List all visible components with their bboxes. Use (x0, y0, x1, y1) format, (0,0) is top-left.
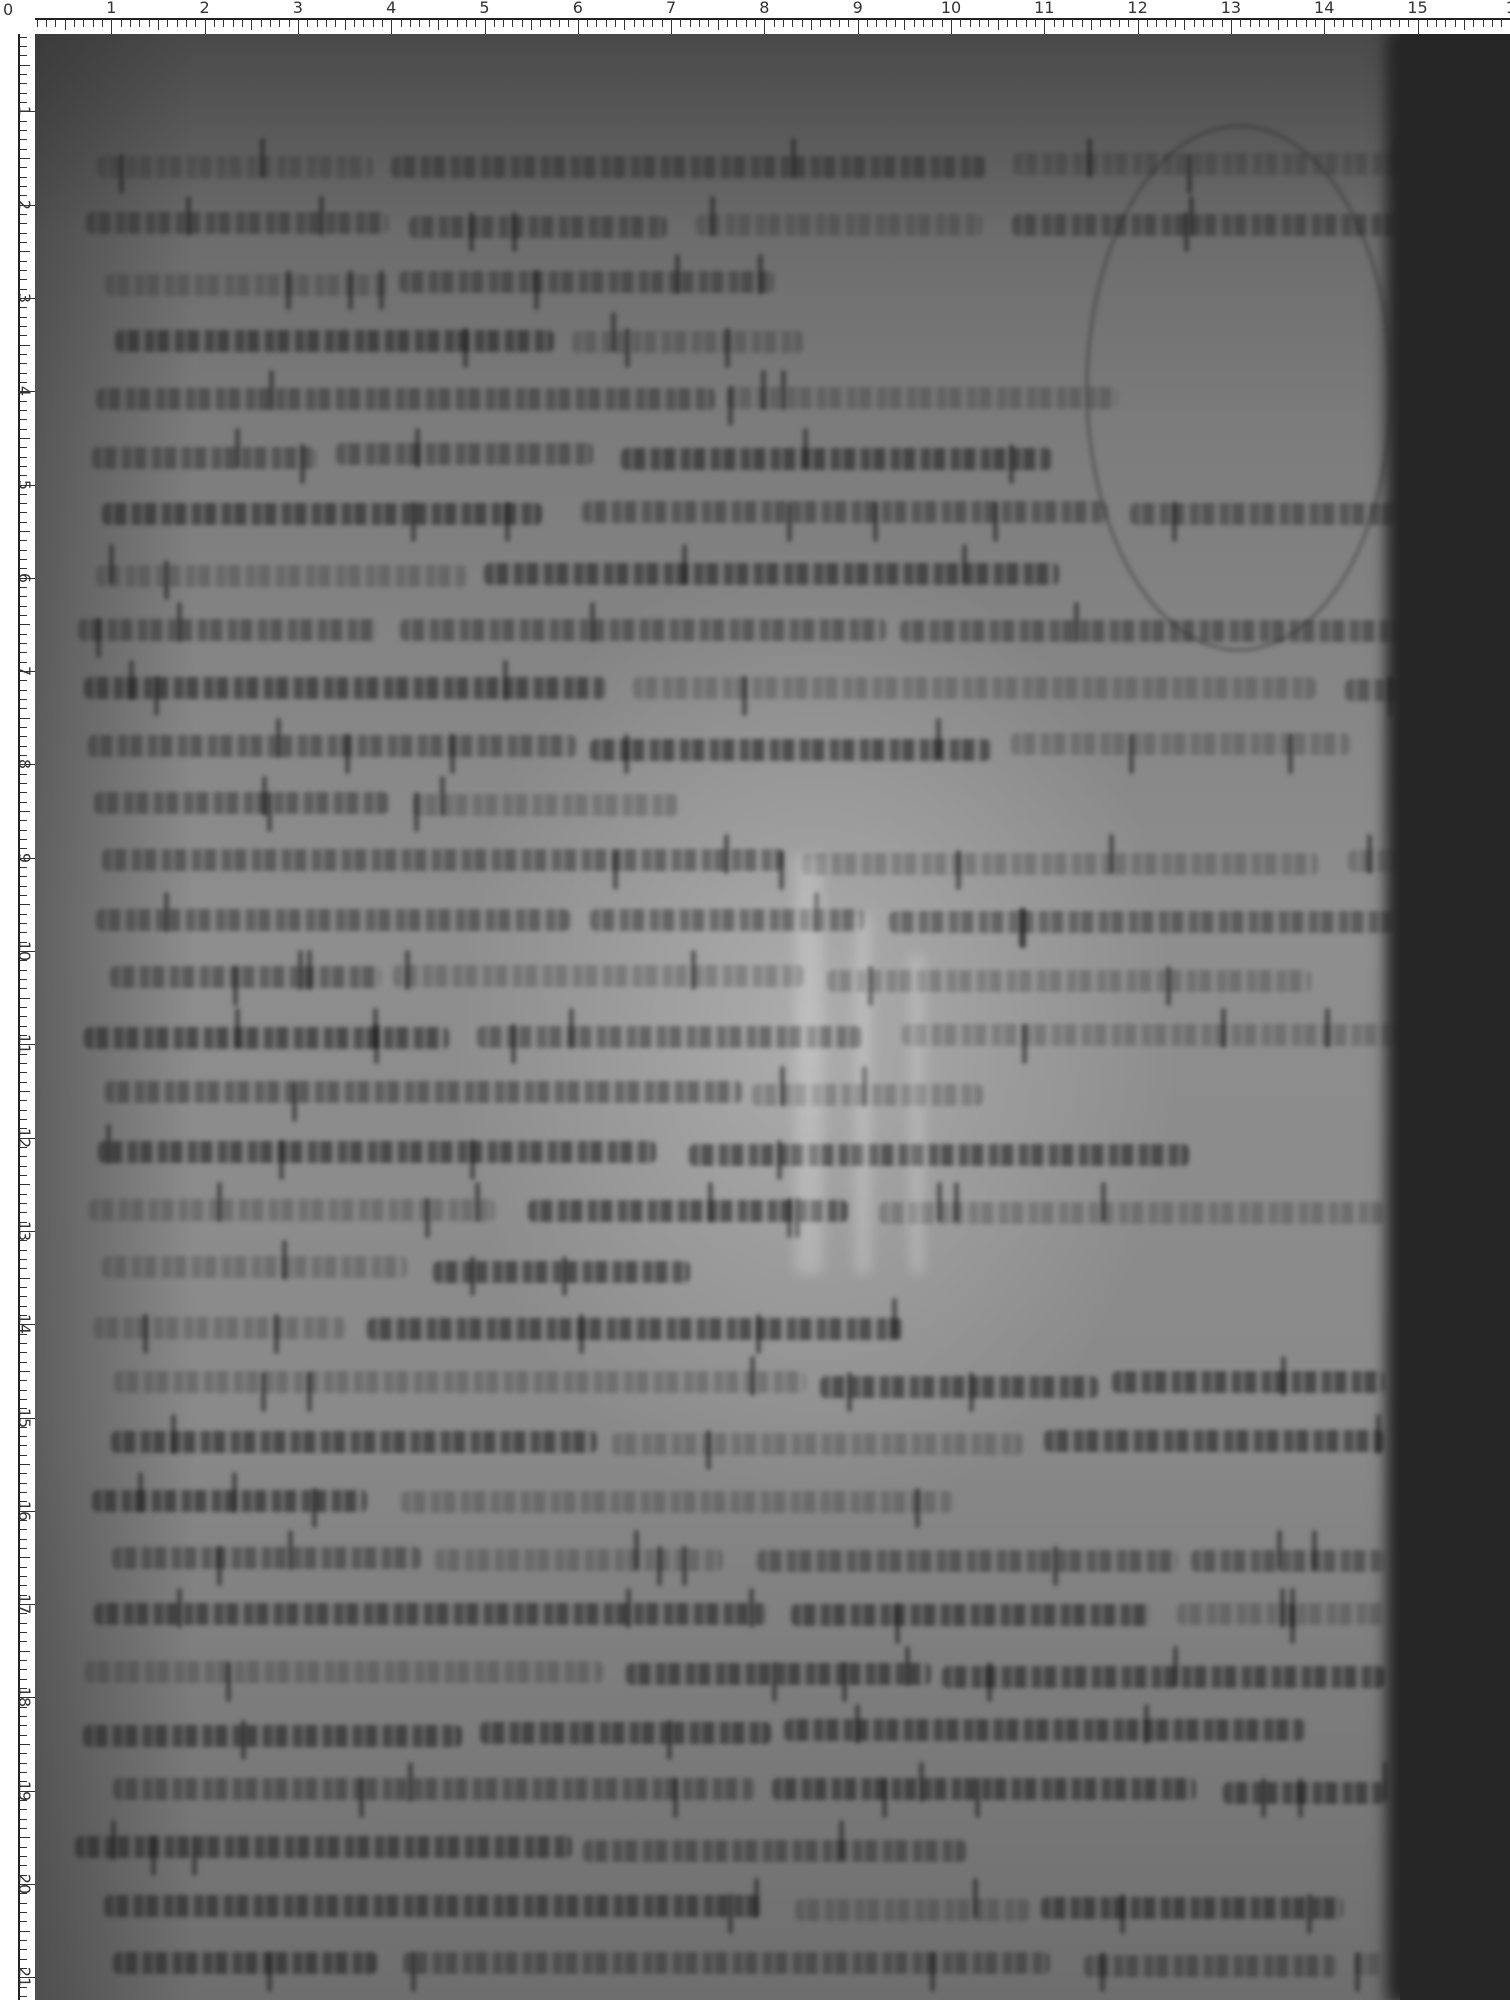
ruler-tick (1184, 19, 1185, 30)
ruler-tick (373, 19, 374, 27)
ruler-tick (19, 811, 30, 812)
ruler-tick (19, 1763, 27, 1764)
ruler-tick (46, 19, 47, 27)
ascender-stroke (725, 328, 730, 368)
ruler-tick (130, 19, 131, 27)
ruler-tick (205, 19, 206, 34)
ruler-tick (19, 1119, 27, 1120)
ruler-tick (19, 1473, 27, 1474)
ascender-stroke (269, 370, 274, 410)
horizontal-ruler: 1234567891011121314151 (0, 0, 1510, 34)
ruler-tick (19, 1996, 27, 1997)
ruler-label: 8 (759, 0, 769, 16)
ascender-stroke (625, 328, 630, 368)
ruler-tick (19, 867, 27, 868)
ruler-tick (19, 568, 27, 569)
ruler-tick (19, 718, 30, 719)
ruler-label: 13 (16, 1221, 32, 1241)
ruler-tick (1147, 19, 1148, 27)
ruler-tick (727, 19, 728, 27)
ruler-tick (19, 923, 27, 924)
ruler-tick (19, 1548, 27, 1549)
ruler-label: 7 (16, 666, 32, 676)
ruler-tick (783, 19, 784, 27)
ruler-tick (1445, 19, 1446, 27)
ruler-tick (19, 876, 27, 877)
ascender-stroke (758, 254, 763, 294)
ruler-label: 6 (16, 573, 32, 583)
ruler-tick (19, 540, 27, 541)
ruler-tick (19, 1735, 27, 1736)
ruler-tick (19, 457, 27, 458)
ascender-stroke (613, 850, 618, 890)
ruler-tick (19, 699, 27, 700)
ruler-tick (643, 19, 644, 27)
ruler-tick (19, 755, 27, 756)
ruler-tick (19, 102, 27, 103)
ruler-tick (848, 19, 849, 27)
ruler-tick (19, 736, 27, 737)
ruler-label: 5 (16, 479, 32, 489)
ruler-tick (19, 233, 27, 234)
ruler-tick (19, 1306, 27, 1307)
ruler-tick (19, 1445, 27, 1446)
ascender-stroke (873, 502, 878, 542)
ascender-stroke (286, 270, 291, 310)
ascender-stroke (1277, 1530, 1282, 1570)
ruler-tick (279, 19, 280, 27)
ruler-label: 9 (853, 0, 863, 16)
ascender-stroke (1221, 1008, 1226, 1048)
ascender-stroke (915, 1488, 920, 1528)
ruler-label: 19 (16, 1781, 32, 1801)
ruler-tick (19, 261, 27, 262)
ascender-stroke (1383, 1762, 1388, 1802)
ruler-tick (19, 1110, 27, 1111)
ruler-label: 9 (16, 853, 32, 863)
ruler-tick (914, 19, 915, 27)
ruler-tick (19, 1959, 27, 1960)
ruler-tick (550, 19, 551, 27)
ruler-tick (1464, 19, 1465, 30)
ruler-tick (326, 19, 327, 27)
ascender-stroke (1021, 908, 1026, 948)
ruler-tick (19, 1819, 27, 1820)
manuscript-text-line (1112, 1371, 1385, 1393)
ruler-tick (904, 19, 905, 30)
ascender-stroke (954, 1182, 959, 1222)
ruler-tick (307, 19, 308, 27)
ascender-stroke (1298, 1778, 1303, 1818)
ascender-stroke (226, 1662, 231, 1702)
ruler-tick (19, 1623, 27, 1624)
ruler-tick (19, 998, 30, 999)
manuscript-photo (35, 34, 1510, 2000)
ruler-tick (746, 19, 747, 27)
ruler-tick (690, 19, 691, 27)
ruler-tick (19, 1641, 27, 1642)
ruler-tick (1072, 19, 1073, 27)
ruler-label: 4 (16, 386, 32, 396)
ascender-stroke (300, 444, 305, 484)
ruler-tick (19, 74, 27, 75)
ruler-tick (1492, 19, 1493, 27)
ruler-tick (19, 1576, 27, 1577)
ascender-stroke (780, 1066, 785, 1106)
ruler-tick (270, 19, 271, 27)
ruler-tick (19, 988, 27, 989)
ruler-tick (345, 19, 346, 30)
manuscript-text-line (403, 1952, 1050, 1974)
ruler-tick (596, 19, 597, 27)
ascender-stroke (235, 1008, 240, 1048)
ruler-tick (19, 1399, 27, 1400)
ascender-stroke (936, 718, 941, 758)
ascender-stroke (728, 1894, 733, 1934)
manuscript-text-line (582, 501, 1107, 523)
ruler-label: 6 (573, 0, 583, 16)
ruler-tick (74, 19, 75, 27)
ruler-tick (19, 1362, 27, 1363)
ruler-tick (19, 1949, 27, 1950)
ruler-tick (1007, 19, 1008, 27)
manuscript-text-line (1041, 1897, 1343, 1919)
ascender-stroke (267, 1952, 272, 1992)
ascender-stroke (534, 270, 539, 310)
ruler-tick (540, 19, 541, 27)
ruler-tick (139, 19, 140, 27)
manuscript-text-line (435, 1549, 722, 1571)
ruler-tick (19, 326, 27, 327)
ruler-tick (19, 830, 27, 831)
ruler-tick (19, 1082, 27, 1083)
ruler-tick (19, 1809, 27, 1810)
ascender-stroke (307, 950, 312, 990)
ruler-tick (19, 1557, 30, 1558)
ruler-tick (186, 19, 187, 27)
ascender-stroke (408, 1762, 413, 1802)
ascender-stroke (359, 1778, 364, 1818)
ascender-stroke (1288, 734, 1293, 774)
ascender-stroke (772, 1662, 777, 1702)
ruler-tick (942, 19, 943, 27)
manuscript-text-line (399, 271, 774, 293)
ruler-tick (19, 1847, 27, 1848)
ruler-tick (19, 1259, 27, 1260)
ruler-tick (19, 1529, 27, 1530)
manuscript-text-line (480, 1722, 771, 1744)
ascender-stroke (503, 660, 508, 700)
ruler-tick (1371, 19, 1372, 30)
manuscript-text-line (572, 331, 804, 353)
ascender-stroke (626, 1588, 631, 1628)
ascender-stroke (414, 792, 419, 832)
ruler-tick (1128, 19, 1129, 27)
ruler-tick (708, 19, 709, 27)
ruler-tick (615, 19, 616, 27)
manuscript-text-line (621, 448, 1052, 470)
ascender-stroke (803, 428, 808, 468)
ruler-tick (19, 401, 27, 402)
ruler-tick (19, 531, 30, 532)
ascender-stroke (1261, 1778, 1266, 1818)
manuscript-text-line (413, 794, 678, 816)
ruler-label: 10 (16, 941, 32, 961)
ascender-stroke (691, 950, 696, 990)
ascender-stroke (1376, 1414, 1381, 1454)
ascender-stroke (706, 1430, 711, 1470)
ruler-tick (19, 624, 30, 625)
ruler-label: 3 (293, 0, 303, 16)
ascender-stroke (312, 1488, 317, 1528)
ruler-label: 2 (16, 200, 32, 210)
ruler-label: 5 (479, 0, 489, 16)
ascender-stroke (475, 1182, 480, 1222)
ruler-tick (1100, 19, 1101, 27)
ascender-stroke (895, 1604, 900, 1644)
manuscript-text-line (626, 1663, 931, 1685)
ruler-tick (774, 19, 775, 27)
ruler-tick (1063, 19, 1064, 27)
ruler-tick (382, 19, 383, 27)
ascender-stroke (511, 1024, 516, 1064)
ruler-tick (1250, 19, 1251, 27)
ruler-tick (19, 139, 27, 140)
ruler-tick (19, 727, 27, 728)
ruler-tick (960, 19, 961, 27)
ruler-tick (19, 1371, 30, 1372)
ruler-tick (177, 19, 178, 27)
ruler-tick (764, 19, 765, 34)
ruler-tick (1473, 19, 1474, 27)
ruler-tick (19, 438, 30, 439)
ruler-tick (19, 1352, 27, 1353)
ruler-label: 17 (16, 1594, 32, 1614)
ruler-tick (19, 1287, 27, 1288)
ascender-stroke (847, 1372, 852, 1412)
ruler-tick (19, 979, 27, 980)
ruler-tick (93, 19, 94, 27)
ruler-tick (19, 680, 27, 681)
ascender-stroke (962, 544, 967, 584)
ruler-tick (494, 19, 495, 27)
ruler-tick (699, 19, 700, 27)
ruler-tick (251, 19, 252, 30)
ruler-tick (317, 19, 318, 27)
ascender-stroke (470, 1140, 475, 1180)
ruler-tick (1278, 19, 1279, 30)
ruler-tick (19, 1725, 27, 1726)
ruler-tick (19, 149, 27, 150)
ascender-stroke (233, 966, 238, 1006)
manuscript-text-line (727, 387, 1118, 409)
manuscript-text-line (1011, 733, 1350, 755)
ruler-tick (233, 19, 234, 27)
ruler-tick (19, 1166, 27, 1167)
ruler-tick (261, 19, 262, 27)
ruler-tick (1166, 19, 1167, 27)
manuscript-text-line (900, 620, 1405, 642)
manuscript-text-line (113, 1778, 755, 1800)
ruler-tick (1436, 19, 1437, 27)
vertical-ruler: 123456789101112131415161718192021 (0, 0, 35, 2000)
ascender-stroke (590, 602, 595, 642)
ruler-tick (19, 186, 27, 187)
ruler-tick (429, 19, 430, 27)
ruler-tick (1222, 19, 1223, 27)
ascender-stroke (975, 1778, 980, 1818)
manuscript-text-line (1084, 1955, 1337, 1977)
ruler-tick (223, 19, 224, 27)
ascender-stroke (217, 1546, 222, 1586)
ruler-tick (19, 643, 27, 644)
ruler-tick (19, 1837, 30, 1838)
ascender-stroke (675, 254, 680, 294)
ruler-label: 4 (386, 0, 396, 16)
ruler-tick (19, 1278, 30, 1279)
ruler-tick (1352, 19, 1353, 27)
ruler-tick (970, 19, 971, 27)
ascender-stroke (1290, 1588, 1295, 1628)
ascender-stroke (279, 1140, 284, 1180)
ruler-tick (19, 1436, 27, 1437)
ascender-stroke (956, 850, 961, 890)
ruler-tick (19, 1212, 27, 1213)
ascender-stroke (930, 1952, 935, 1992)
ruler-label: 13 (1221, 0, 1241, 16)
ruler-tick (19, 1753, 27, 1754)
ruler-tick (1156, 19, 1157, 27)
ruler-tick (19, 1175, 27, 1176)
manuscript-text-line (889, 911, 1405, 933)
ruler-tick (19, 1903, 27, 1904)
ruler-tick (19, 335, 27, 336)
manuscript-text-line (400, 619, 886, 641)
ruler-tick (19, 895, 27, 896)
manuscript-text-line (1223, 1782, 1385, 1804)
ruler-tick (1287, 19, 1288, 27)
ruler-label: 15 (16, 1407, 32, 1427)
ruler-tick (83, 19, 84, 27)
ruler-tick (634, 19, 635, 27)
ascender-stroke (993, 502, 998, 542)
ruler-tick (19, 158, 30, 159)
ruler-tick (19, 83, 27, 84)
ruler-label: 10 (941, 0, 961, 16)
ruler-tick (401, 19, 402, 27)
ruler-tick (923, 19, 924, 27)
ruler-tick (19, 1464, 30, 1465)
ruler-tick (1194, 19, 1195, 27)
ruler-tick (1483, 19, 1484, 27)
manuscript-text-line (791, 1604, 1151, 1626)
ruler-tick (19, 1100, 27, 1101)
ruler-tick (19, 1772, 27, 1773)
ruler-tick (979, 19, 980, 27)
ruler-tick (1231, 19, 1232, 34)
ascender-stroke (754, 1878, 759, 1918)
ruler-tick (438, 19, 439, 30)
ascender-stroke (842, 1662, 847, 1702)
ascender-stroke (787, 1198, 792, 1238)
ruler-tick (19, 466, 27, 467)
ruler-tick (65, 19, 66, 30)
ruler-tick (19, 652, 27, 653)
manuscript-text-line (612, 1433, 1023, 1455)
ruler-tick (19, 363, 27, 364)
ruler-label: 11 (16, 1034, 32, 1054)
ruler-tick (19, 1455, 27, 1456)
ruler-tick (652, 19, 653, 27)
ruler-tick (19, 55, 27, 56)
ruler-label: 21 (16, 1967, 32, 1987)
manuscript-text-line (1191, 1550, 1385, 1572)
ruler-tick (19, 839, 27, 840)
manuscript-text-line (401, 1491, 953, 1513)
ruler-tick (19, 1184, 30, 1185)
ascender-stroke (1100, 1952, 1105, 1992)
ascender-stroke (274, 1314, 279, 1354)
manuscript-text-line (367, 1318, 903, 1340)
ascender-stroke (1307, 1894, 1312, 1934)
ruler-origin-label: 0 (3, 0, 13, 19)
ascender-stroke (667, 1720, 672, 1760)
manuscript-text-line (336, 443, 593, 465)
ascender-stroke (724, 834, 729, 874)
ruler-tick (466, 19, 467, 27)
ascender-stroke (781, 370, 786, 410)
ruler-tick (37, 19, 38, 27)
ruler-tick (19, 802, 27, 803)
left-vignette (35, 34, 195, 2000)
ruler-tick (19, 289, 27, 290)
ruler-label: 8 (16, 759, 32, 769)
ascender-stroke (749, 1588, 754, 1628)
ruler-tick (19, 121, 27, 122)
ruler-tick (19, 1651, 30, 1652)
ruler-tick (19, 177, 27, 178)
ascender-stroke (905, 1646, 910, 1686)
ascender-stroke (415, 428, 420, 468)
ascender-stroke (345, 734, 350, 774)
ruler-tick (167, 19, 168, 27)
ruler-tick (19, 587, 27, 588)
ascender-stroke (779, 850, 784, 890)
ruler-tick (1175, 19, 1176, 27)
ruler-tick (19, 886, 27, 887)
ascender-stroke (463, 328, 468, 368)
ruler-tick (531, 19, 532, 30)
ruler-tick (867, 19, 868, 27)
ruler-tick (858, 19, 859, 34)
ruler-tick (19, 354, 27, 355)
ruler-tick (1259, 19, 1260, 27)
ascender-stroke (937, 1182, 942, 1222)
ruler-tick (1082, 19, 1083, 27)
ruler-tick (886, 19, 887, 27)
ruler-label: 18 (16, 1687, 32, 1707)
ruler-tick (606, 19, 607, 27)
ruler-tick (19, 1856, 27, 1857)
ascender-stroke (1053, 1546, 1058, 1586)
ruler-tick (19, 1931, 30, 1932)
manuscript-text-line (105, 1081, 742, 1103)
ruler-tick (19, 1828, 27, 1829)
ascender-stroke (1144, 1704, 1149, 1744)
ruler-tick (718, 19, 719, 30)
ruler-tick (1296, 19, 1297, 27)
ruler-tick (1390, 19, 1391, 27)
